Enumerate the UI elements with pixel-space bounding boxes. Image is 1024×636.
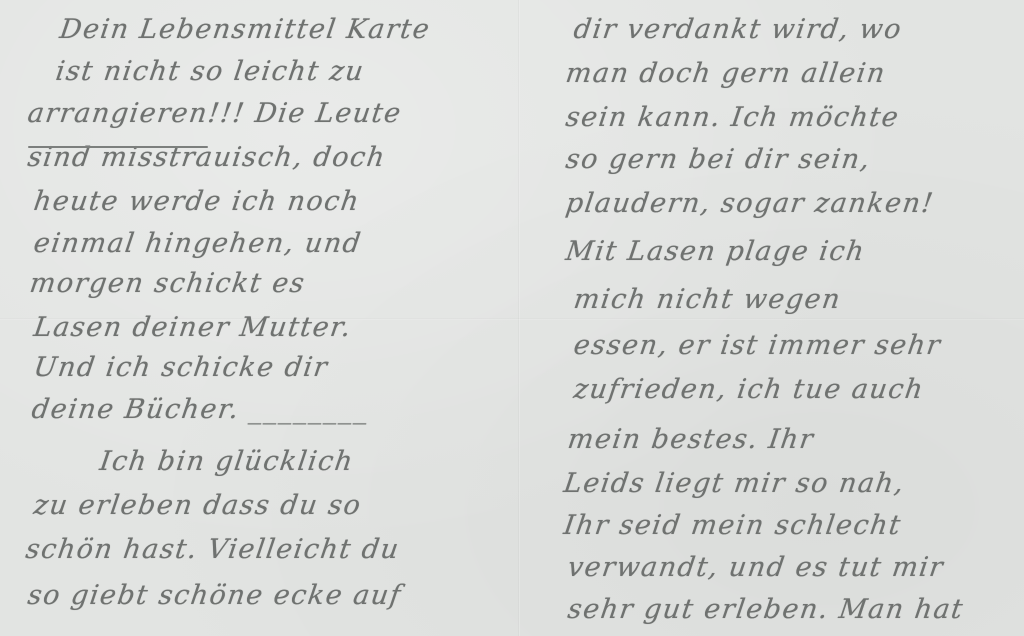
handwritten-line: mein bestes. Ihr: [566, 424, 816, 455]
handwritten-line: Lasen deiner Mutter.: [32, 312, 354, 343]
handwritten-line: verwandt, und es tut mir: [566, 552, 946, 583]
handwritten-line: arrangieren!!! Die Leute: [26, 98, 404, 129]
handwritten-line: sein kann. Ich möchte: [564, 102, 902, 133]
handwritten-line: zufrieden, ich tue auch: [572, 374, 926, 405]
handwritten-line: dir verdankt wird, wo: [572, 14, 904, 45]
handwritten-line: Ich bin glücklich: [98, 446, 356, 477]
handwritten-line: man doch gern allein: [564, 58, 888, 89]
handwritten-line: so gern bei dir sein,: [564, 144, 873, 175]
handwritten-line: Dein Lebensmittel Karte: [58, 14, 433, 45]
handwritten-line: heute werde ich noch: [32, 186, 362, 217]
handwritten-line: Ihr seid mein schlecht: [562, 510, 904, 541]
handwritten-line: Und ich schicke dir: [32, 352, 330, 383]
handwritten-line: essen, er ist immer sehr: [572, 330, 943, 361]
handwritten-line: Leids liegt mir so nah,: [562, 468, 907, 499]
handwritten-line: morgen schickt es: [28, 268, 308, 299]
underline-stroke: [28, 146, 208, 148]
handwritten-line: schön hast. Vielleicht du: [24, 534, 402, 565]
handwritten-line: deine Bücher. ________: [30, 394, 372, 425]
handwritten-line: mich nicht wegen: [572, 284, 843, 315]
handwritten-line: einmal hingehen, und: [32, 228, 364, 259]
handwritten-line: Mit Lasen plage ich: [564, 236, 867, 267]
handwritten-line: sehr gut erleben. Man hat: [566, 594, 966, 625]
handwritten-line: zu erleben dass du so: [32, 490, 364, 521]
handwritten-line: so giebt schöne ecke auf: [26, 580, 404, 611]
handwritten-line: plaudern, sogar zanken!: [564, 188, 936, 219]
handwritten-line: ist nicht so leicht zu: [54, 56, 367, 87]
